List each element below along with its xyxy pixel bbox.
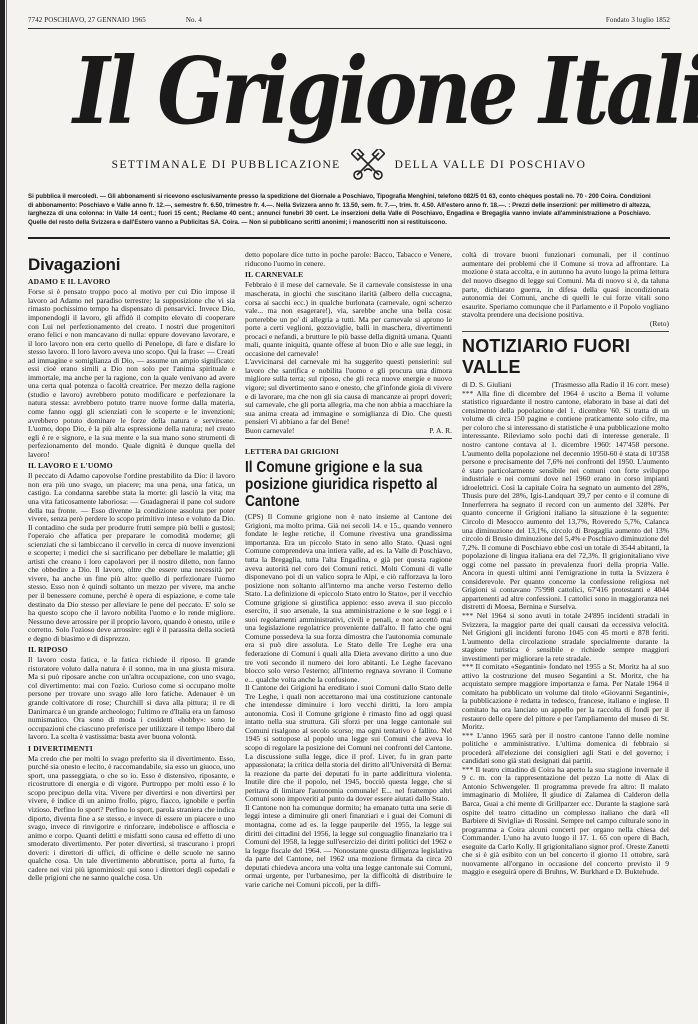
paragraph: *** Alla fine di dicembre del 1964 è usc… <box>462 390 669 612</box>
column-3: coltà di trovare buoni funzionari comuna… <box>462 251 669 889</box>
paragraph: *** Il teatro cittadino di Coira ha aper… <box>462 766 669 877</box>
subscription-info: Si pubblica il mercoledì. — Gli abboname… <box>28 193 651 227</box>
article-columns: Divagazioni ADAMO E IL LAVORO Forse si è… <box>28 251 670 889</box>
scan-edge <box>0 0 5 1024</box>
author-signature: P. A. R. <box>429 427 452 436</box>
paragraph: L'avvicinarsi del carnevale mi ha sugger… <box>245 358 452 426</box>
section-title-notiziario: NOTIZIARIO FUORI VALLE <box>462 336 669 378</box>
divider <box>462 331 669 332</box>
closing-text: Buon carnevale! <box>245 427 294 436</box>
masthead-rule <box>28 237 670 239</box>
paragraph: Ma credo che per molti lo svago preferit… <box>28 755 235 883</box>
newspaper-page: 7742 POSCHIAVO, 27 GENNAIO 1965 No. 4 Fo… <box>28 16 670 889</box>
paragraph: coltà di trovare buoni funzionari comuna… <box>462 251 669 319</box>
paragraph: *** L'anno 1965 sarà per il nostro canto… <box>462 732 669 766</box>
paragraph: detto popolare dice tutto in poche parol… <box>245 251 452 268</box>
paragraph: Il Cantone non ha comunque dormito; ha e… <box>245 804 452 889</box>
paragraph: Forse si è pensato troppo poco al motivo… <box>28 288 235 459</box>
issue-line: 7742 POSCHIAVO, 27 GENNAIO 1965 <box>28 16 146 24</box>
subheading: I DIVERTIMENTI <box>28 744 235 753</box>
column-1: Divagazioni ADAMO E IL LAVORO Forse si è… <box>28 251 235 889</box>
divider <box>245 438 452 439</box>
author-signature: (Reto) <box>650 320 669 329</box>
column-2: detto popolare dice tutto in poche parol… <box>245 251 452 889</box>
subtitle-left: SETTIMANALE DI PUBBLICAZIONE <box>112 159 341 171</box>
founded-date: Fondato 3 luglio 1852 <box>606 16 670 24</box>
masthead-subtitle: SETTIMANALE DI PUBBLICAZIONE DELLA VALLE… <box>28 149 670 181</box>
signature-line: (Reto) <box>462 320 669 329</box>
dateline: 7742 POSCHIAVO, 27 GENNAIO 1965 No. 4 Fo… <box>28 16 670 29</box>
closing-line: Buon carnevale! P. A. R. <box>245 427 452 436</box>
section-title-divagazioni: Divagazioni <box>28 255 235 275</box>
subheading: IL RIPOSO <box>28 645 235 654</box>
paragraph: Febbraio è il mese del carnevale. Se il … <box>245 281 452 358</box>
subheading: IL LAVORO E L'UOMO <box>28 461 235 470</box>
scan-edge-line <box>6 0 7 1024</box>
paragraph: (CPS) Il Comune grigione non è nato insi… <box>245 513 452 684</box>
kicker: LETTERA DAI GRIGIONI <box>245 447 452 456</box>
paragraph: *** Nel 1964 si sono avuti in totale 24'… <box>462 612 669 663</box>
crossed-keys-emblem-icon <box>351 149 385 181</box>
issue-number: No. 4 <box>186 16 202 24</box>
paragraph: Il lavoro costa fatica, e la fatica rich… <box>28 656 235 741</box>
article-headline: Il Comune grigione e la sua posizione gi… <box>245 459 453 510</box>
subtitle-right: DELLA VALLE DI POSCHIAVO <box>395 159 587 171</box>
paragraph: *** Il comitato «Segantini» fondato nel … <box>462 663 669 731</box>
subheading: ADAMO E IL LAVORO <box>28 277 235 286</box>
masthead-title: Il Grigione Italiano <box>73 37 625 145</box>
subheading: IL CARNEVALE <box>245 270 452 279</box>
paragraph: Il peccato di Adamo capovolse l'ordine p… <box>28 472 235 643</box>
paragraph: Il Cantone dei Grigioni ha ereditato i s… <box>245 684 452 804</box>
